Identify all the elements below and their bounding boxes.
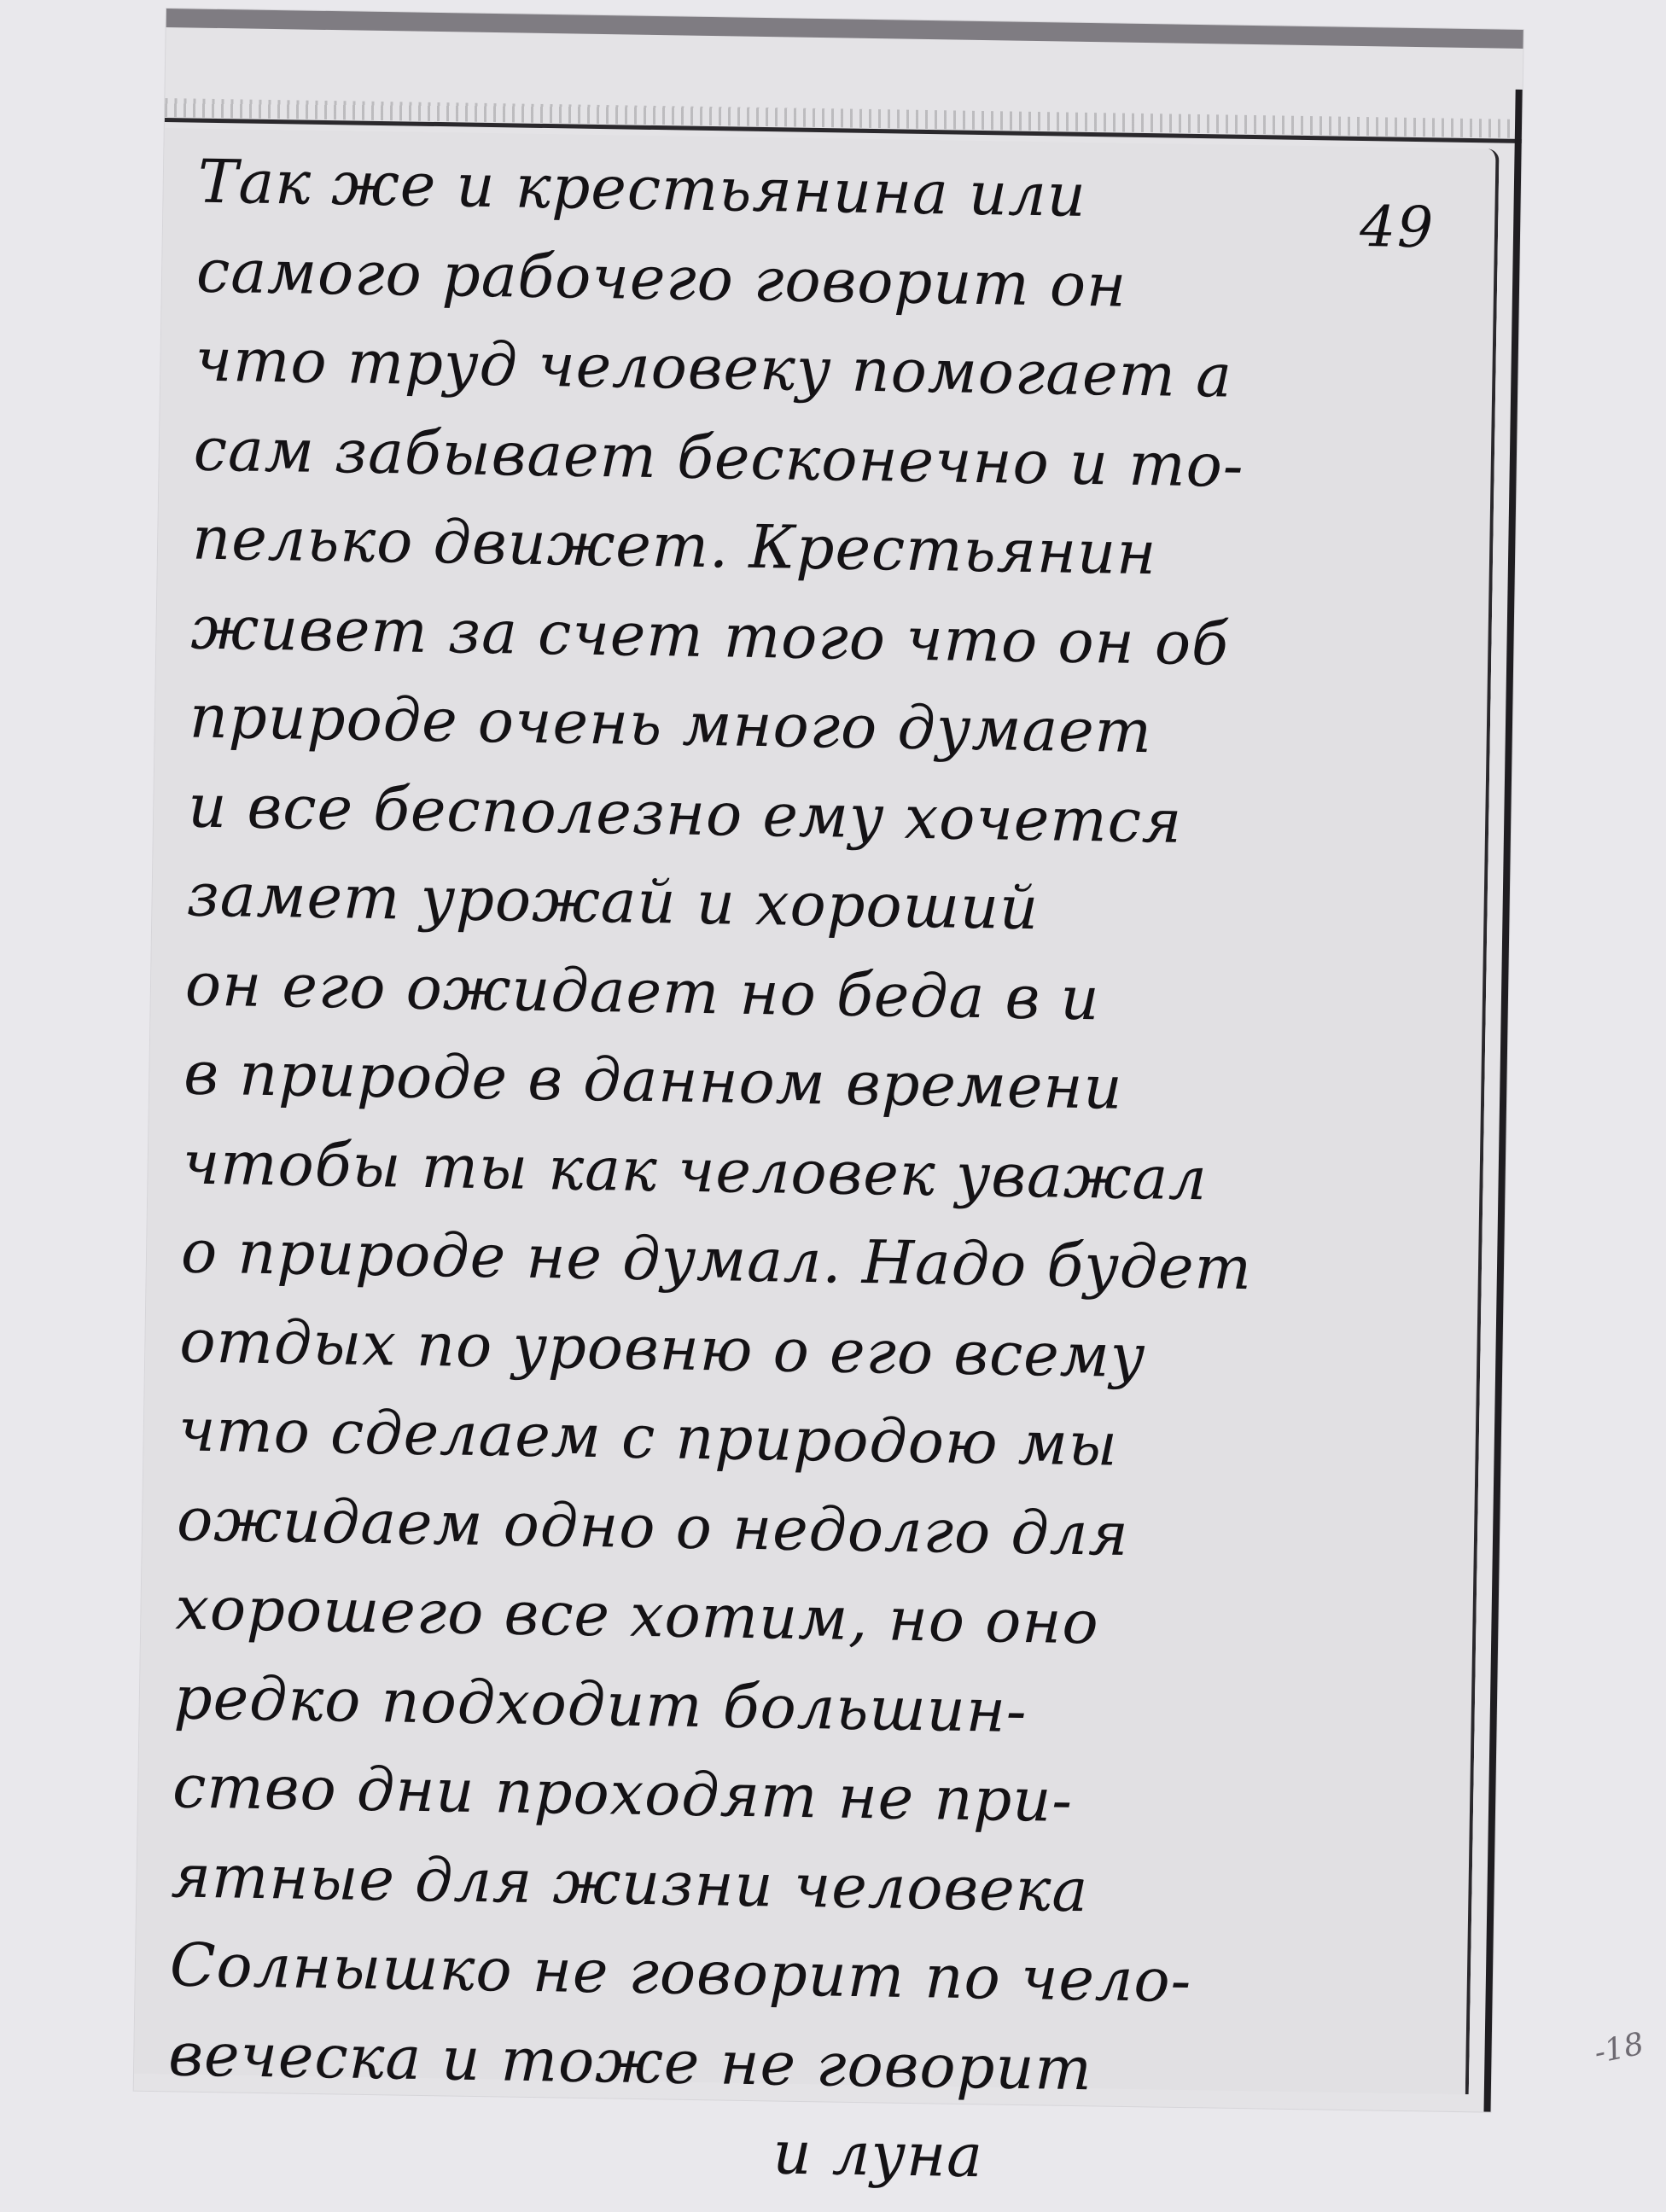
margin-annotation: -18 xyxy=(1591,2026,1646,2070)
closing-line: и луна xyxy=(166,2098,1413,2207)
top-dark-band xyxy=(166,9,1523,49)
handwritten-body: Так же и крестьянина или самого рабочего… xyxy=(166,137,1445,2208)
handwritten-page-frame: 49 Так же и крестьянина или самого рабоч… xyxy=(134,128,1500,2094)
photocopy-sheet: 49 Так же и крестьянина или самого рабоч… xyxy=(134,9,1523,2112)
